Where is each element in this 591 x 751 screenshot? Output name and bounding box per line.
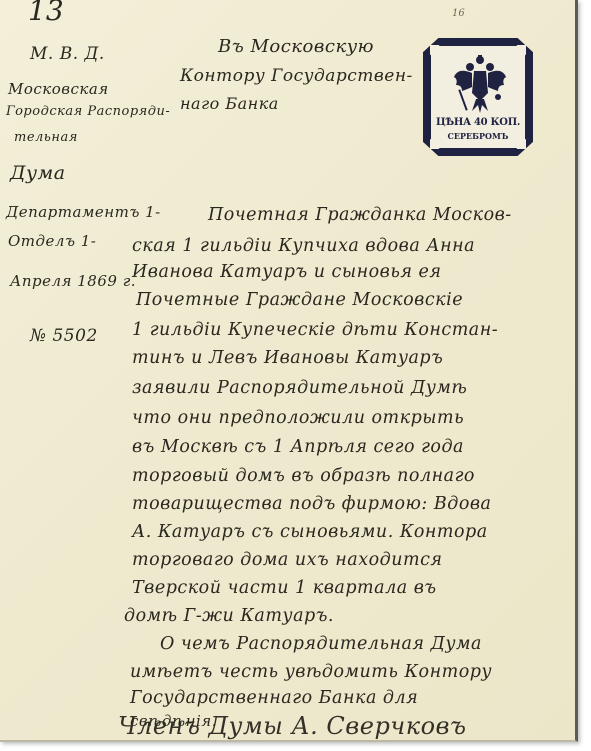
margin-line: Московская bbox=[8, 80, 109, 98]
document-page: 13 16 М. В. Д. Московская Городская Расп… bbox=[0, 0, 578, 742]
addressee-line: Въ Московскую bbox=[218, 36, 374, 57]
body-line: что они предположили открыть bbox=[132, 408, 464, 428]
signature: Членъ Думы А. Сверчковъ bbox=[118, 712, 466, 740]
body-line: въ Москвѣ съ 1 Апрѣля сего года bbox=[132, 437, 464, 457]
body-line: заявили Распорядительной Думѣ bbox=[132, 378, 467, 398]
department-line: Департаментъ 1- bbox=[6, 203, 161, 221]
body-line: О чемъ Распорядительная Дума bbox=[160, 634, 482, 654]
document-number: № 5502 bbox=[30, 326, 98, 346]
body-line: домѣ Г-жи Катуаръ. bbox=[124, 606, 334, 626]
double-headed-eagle-icon bbox=[452, 53, 508, 117]
stamp-currency: СЕРЕБРОМЪ bbox=[430, 131, 526, 141]
margin-line: тельная bbox=[14, 130, 78, 145]
body-line: 1 гильдiи Купеческiе дѣти Констан- bbox=[132, 320, 498, 340]
body-line: Тверской части 1 квартала въ bbox=[132, 578, 437, 598]
body-line: А. Катуаръ съ сыновьями. Контора bbox=[132, 522, 488, 542]
margin-line: Городская Распоряди- bbox=[6, 104, 170, 119]
body-line: торговый домъ въ образѣ полнаго bbox=[132, 466, 475, 486]
page-number: 16 bbox=[452, 8, 465, 19]
margin-line: Дума bbox=[10, 162, 66, 184]
section-line: Отделъ 1- bbox=[8, 232, 96, 250]
ministry-abbrev: М. В. Д. bbox=[30, 44, 105, 64]
body-line: Почетная Гражданка Москов- bbox=[208, 205, 512, 225]
addressee-line: наго Банка bbox=[180, 94, 279, 113]
body-line: ская 1 гильдiи Купчиха вдова Анна bbox=[132, 236, 475, 256]
body-line: торговаго дома ихъ находится bbox=[132, 550, 442, 570]
body-line: Почетные Граждане Московскiе bbox=[136, 290, 463, 310]
revenue-stamp: ЦѢНА 40 КОП. СЕРЕБРОМЪ bbox=[423, 38, 533, 156]
body-line: товарищества подъ фирмою: Вдова bbox=[132, 494, 491, 514]
body-line: тинъ и Левъ Ивановы Катуаръ bbox=[132, 348, 443, 368]
body-line: имѣетъ честь увѣдомить Контору bbox=[130, 662, 492, 682]
body-line: Иванова Катуаръ и сыновья ея bbox=[132, 262, 441, 282]
date-line: Апреля 1869 г. bbox=[10, 272, 136, 290]
folio-mark: 13 bbox=[28, 0, 64, 27]
stamp-price: ЦѢНА 40 КОП. bbox=[430, 117, 526, 128]
body-line: Государственнаго Банка для bbox=[130, 688, 418, 708]
addressee-line: Контору Государствен- bbox=[180, 66, 413, 86]
